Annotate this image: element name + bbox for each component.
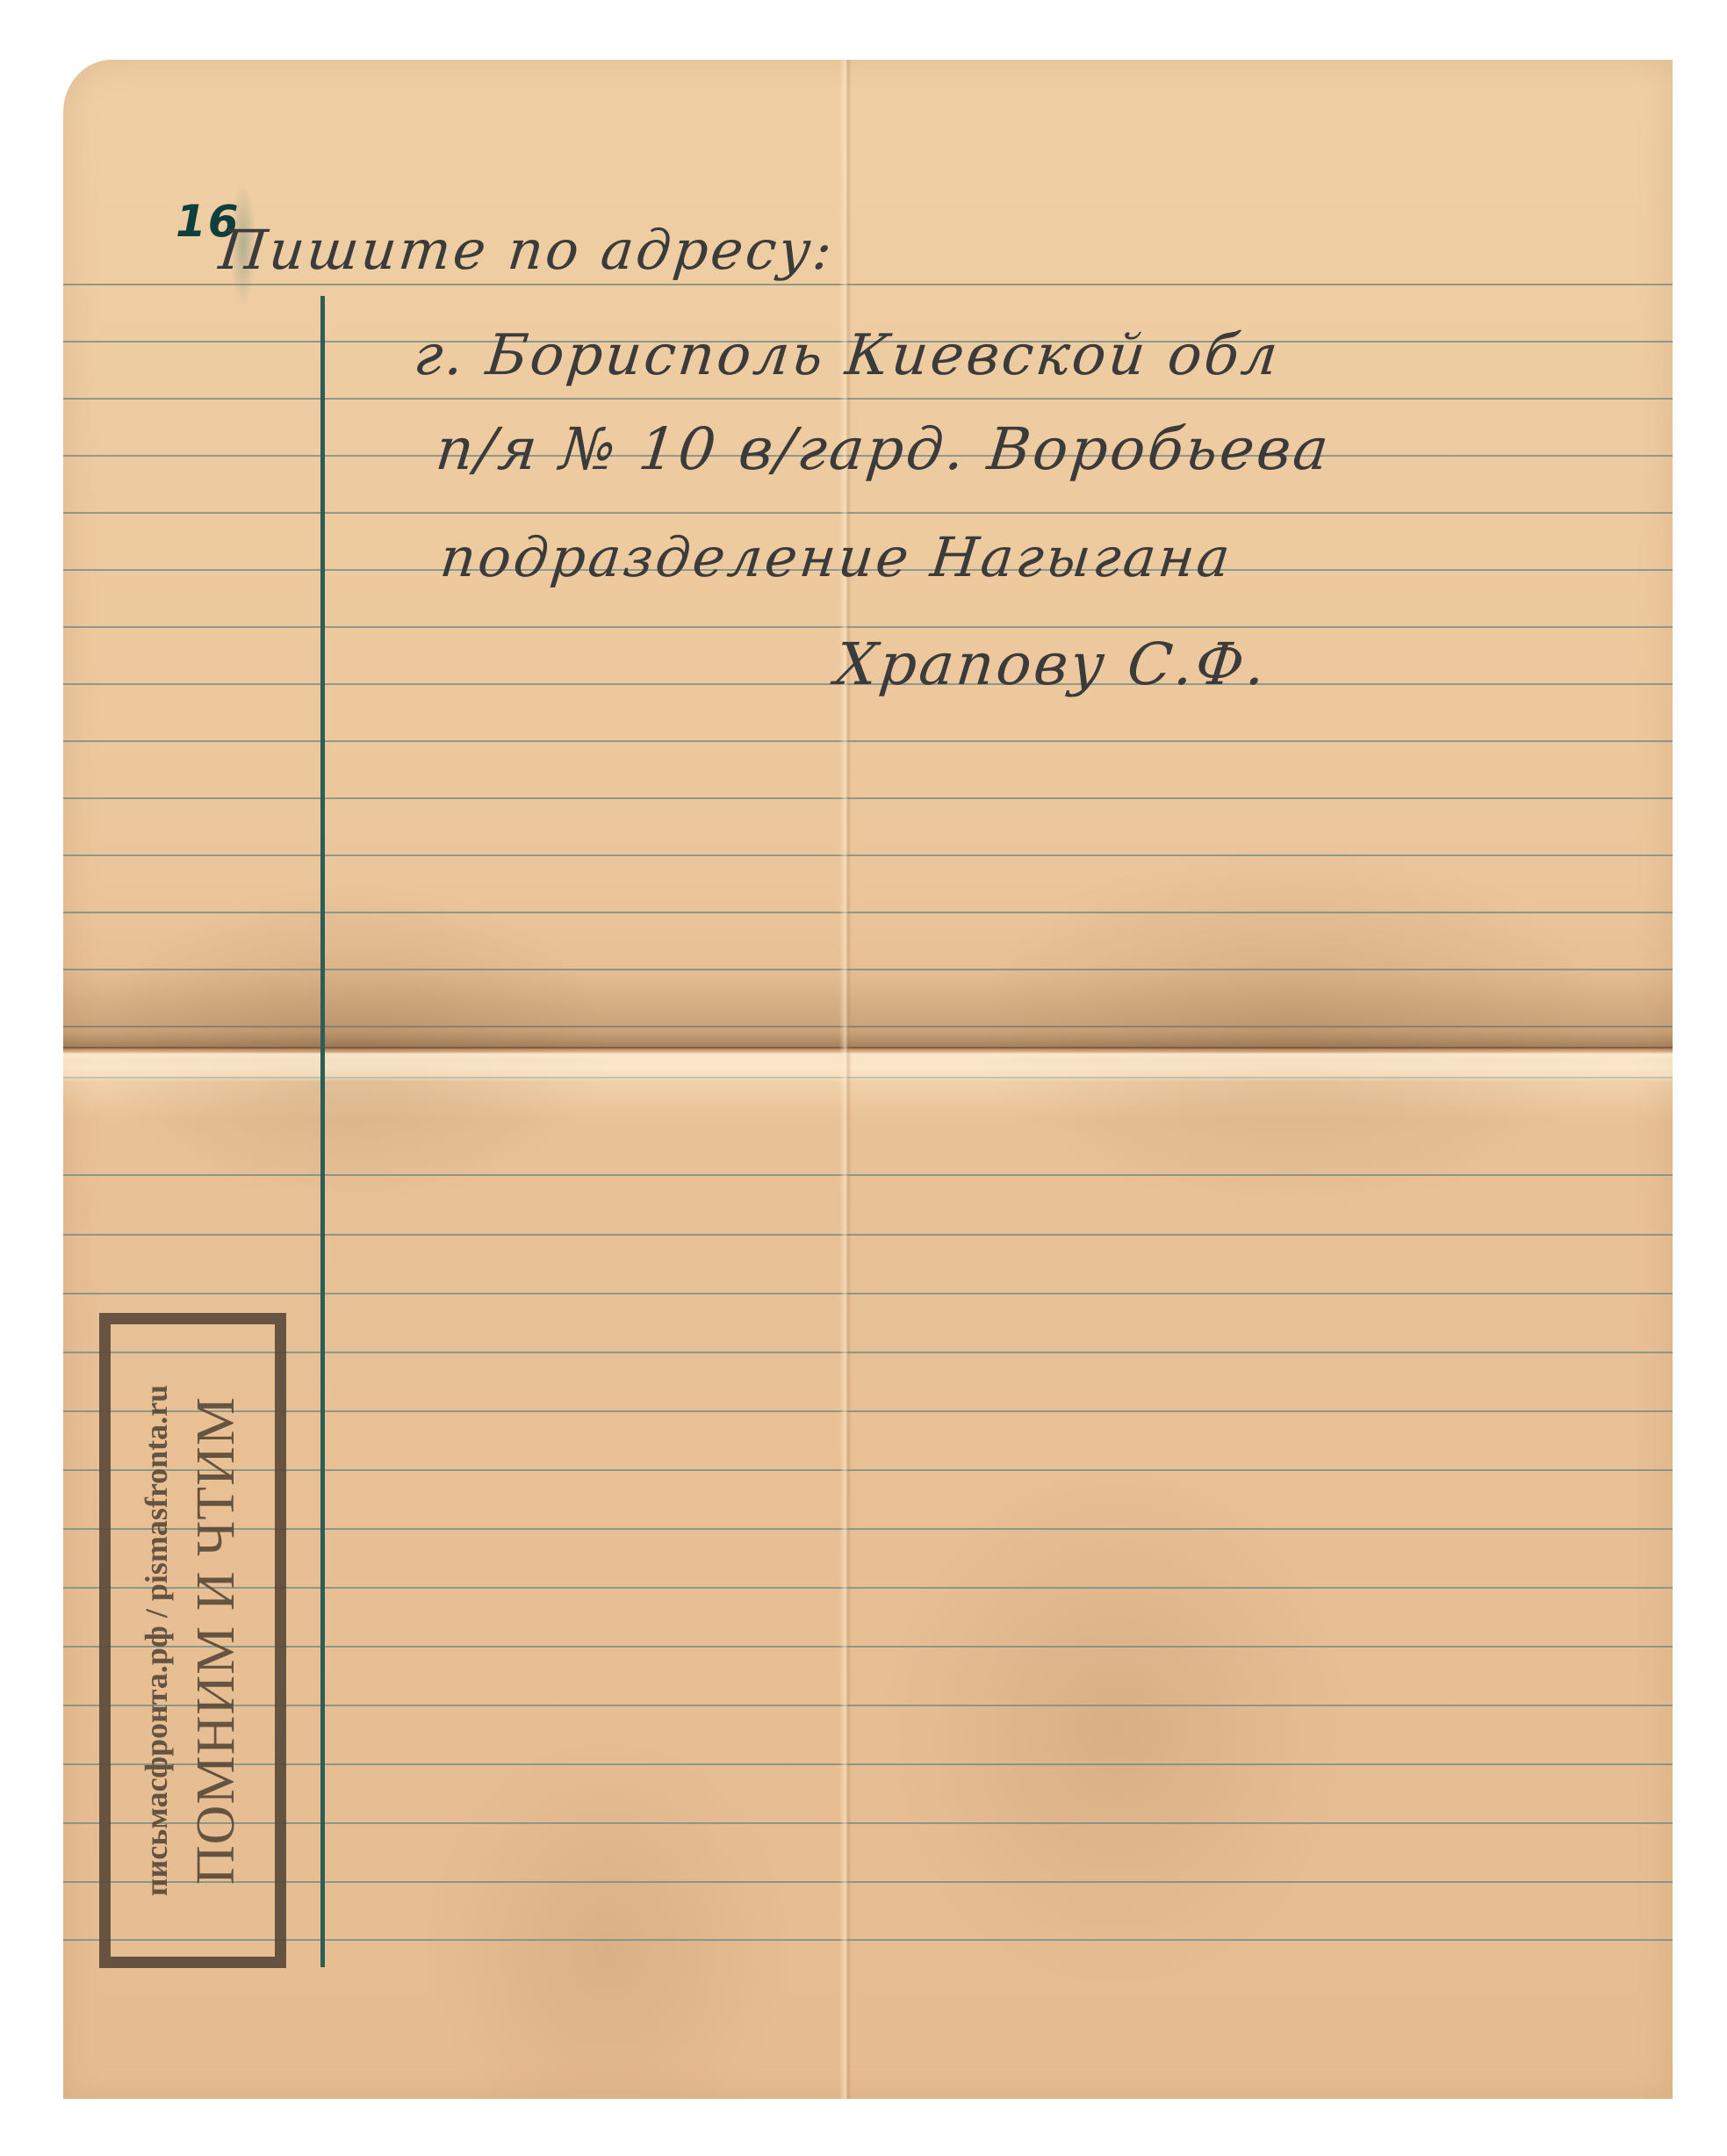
address-heading: Пишите по адресу: bbox=[216, 218, 838, 282]
ruled-line bbox=[63, 740, 1673, 742]
letter-paper: 16 Пишите по адресу: г. Борисполь Киевск… bbox=[63, 60, 1673, 2099]
ruled-line bbox=[63, 797, 1673, 799]
ruled-line bbox=[63, 1174, 1673, 1176]
address-line-recipient: Храпову С.Ф. bbox=[832, 631, 1271, 698]
ruled-line bbox=[63, 1939, 1673, 1941]
stamp-url: письмасфронта.рф / pismasfronta.ru bbox=[140, 1385, 175, 1896]
margin-line bbox=[320, 296, 325, 1967]
archive-stamp: письмасфронта.рф / pismasfronta.ru ПОМНИ… bbox=[99, 1313, 286, 1968]
ruled-line bbox=[63, 1234, 1673, 1236]
ruled-line bbox=[63, 1822, 1673, 1824]
address-line-unit: подразделение Нагыгана bbox=[437, 525, 1235, 589]
address-line-postbox: п/я № 10 в/гард. Воробьева bbox=[433, 415, 1335, 483]
ruled-line bbox=[63, 1410, 1673, 1412]
horizontal-fold bbox=[63, 1047, 1673, 1082]
ruled-line bbox=[63, 284, 1673, 285]
ruled-line bbox=[63, 1293, 1673, 1294]
ruled-line bbox=[63, 1469, 1673, 1471]
ruled-line bbox=[63, 1528, 1673, 1530]
ruled-line bbox=[63, 1705, 1673, 1706]
ruled-line bbox=[63, 512, 1673, 514]
ruled-line bbox=[63, 398, 1673, 400]
ruled-line bbox=[63, 854, 1673, 856]
ruled-line bbox=[63, 1587, 1673, 1589]
ruled-line bbox=[63, 912, 1673, 913]
ruled-line bbox=[63, 626, 1673, 628]
ruled-line bbox=[63, 1881, 1673, 1883]
address-line-city: г. Борисполь Киевской обл bbox=[411, 323, 1283, 388]
stamp-title: ПОМНИМ И ЧТИМ bbox=[186, 1396, 246, 1885]
fold-shadow bbox=[63, 964, 1673, 1049]
ruled-line bbox=[63, 1763, 1673, 1765]
ruled-line bbox=[63, 1646, 1673, 1648]
ruled-line bbox=[63, 1352, 1673, 1353]
